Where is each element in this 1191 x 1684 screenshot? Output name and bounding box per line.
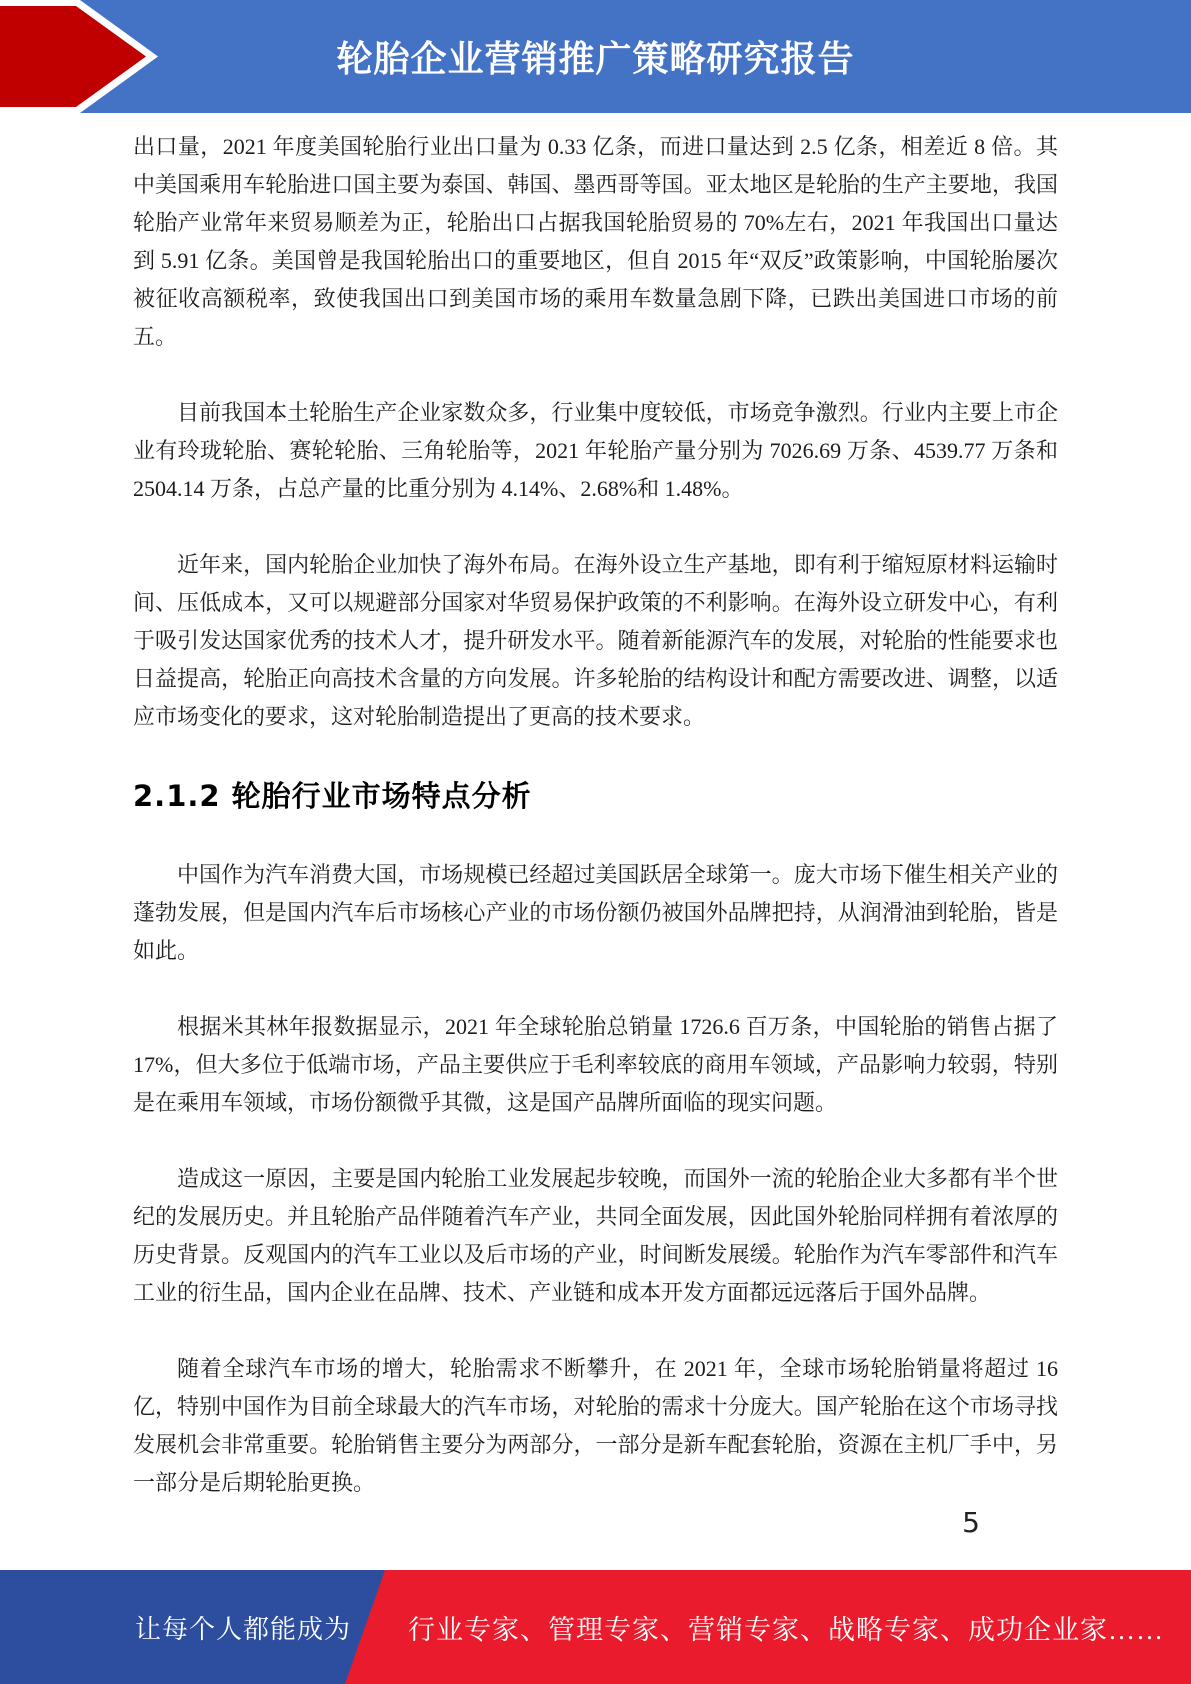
- footer-slogan-right: 行业专家、管理专家、营销专家、战略专家、成功企业家……: [408, 1570, 1164, 1684]
- paragraph: 随着全球汽车市场的增大，轮胎需求不断攀升，在 2021 年，全球市场轮胎销量将超…: [133, 1350, 1058, 1502]
- section-heading: 2.1.2 轮胎行业市场特点分析: [133, 774, 1058, 818]
- footer-slogan-left: 让每个人都能成为: [135, 1570, 351, 1684]
- page-title: 轮胎企业营销推广策略研究报告: [336, 31, 854, 82]
- paragraph: 中国作为汽车消费大国，市场规模已经超过美国跃居全球第一。庞大市场下催生相关产业的…: [133, 856, 1058, 970]
- red-arrow-icon: [0, 0, 160, 113]
- report-page: 轮胎企业营销推广策略研究报告 出口量，2021 年度美国轮胎行业出口量为 0.3…: [0, 0, 1191, 1684]
- footer-banner: 让每个人都能成为 行业专家、管理专家、营销专家、战略专家、成功企业家……: [0, 1570, 1191, 1684]
- document-body: 出口量，2021 年度美国轮胎行业出口量为 0.33 亿条，而进口量达到 2.5…: [133, 128, 1058, 1540]
- paragraph: 目前我国本土轮胎生产企业家数众多，行业集中度较低，市场竞争激烈。行业内主要上市企…: [133, 394, 1058, 508]
- header-banner: 轮胎企业营销推广策略研究报告: [0, 0, 1191, 113]
- paragraph: 出口量，2021 年度美国轮胎行业出口量为 0.33 亿条，而进口量达到 2.5…: [133, 128, 1058, 356]
- paragraph: 根据米其林年报数据显示，2021 年全球轮胎总销量 1726.6 百万条，中国轮…: [133, 1008, 1058, 1122]
- paragraph: 造成这一原因，主要是国内轮胎工业发展起步较晚，而国外一流的轮胎企业大多都有半个世…: [133, 1160, 1058, 1312]
- page-number: 5: [941, 1506, 1001, 1539]
- paragraph: 近年来，国内轮胎企业加快了海外布局。在海外设立生产基地，即有利于缩短原材料运输时…: [133, 546, 1058, 736]
